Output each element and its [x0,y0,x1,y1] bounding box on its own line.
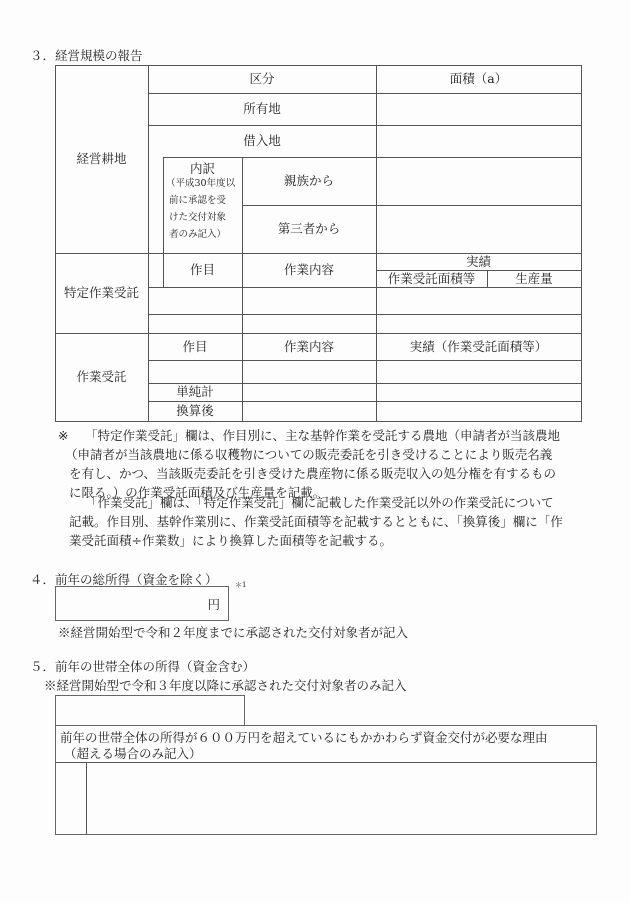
specific-row1-crop-input[interactable] [149,288,242,314]
simple-total-label: 単純計 [148,383,242,401]
section3-title: ３．経営規模の報告 [30,49,143,63]
section4-note: ※経営開始型で令和２年度までに承認された交付対象者が記入 [58,626,408,640]
leased-land-area-input[interactable] [377,126,581,157]
header-area: 面積（a） [376,65,581,93]
specific-row2-crop-input[interactable] [149,315,242,333]
results-header: 実績 [376,253,581,270]
specific-row1-results-input[interactable] [377,288,581,314]
from-third-party-area-input[interactable] [377,206,581,253]
specific-crop-header: 作目 [163,253,242,287]
converted-label: 換算後 [148,401,242,421]
contract-label: 作業受託 [55,333,148,421]
yen-unit: 円 [207,598,220,612]
contract-row1-crop-input[interactable] [149,361,242,383]
reason-input[interactable] [87,763,596,834]
owned-land-area-input[interactable] [377,94,581,125]
section5-title: ５．前年の世帯全体の所得（資金含む） [30,660,255,674]
contract-row1-work-input[interactable] [243,361,376,383]
contract-results-header: 実績（作業受託面積等） [376,333,581,360]
simple-total-work-input[interactable] [243,384,376,401]
contract-row1-results-input[interactable] [377,361,581,383]
footnote-mark: ＊1 [235,578,246,592]
leased-land-label: 借入地 [148,125,376,157]
header-category: 区分 [148,65,376,93]
specific-row2-work-input[interactable] [243,315,376,333]
total-income-field[interactable]: 円 [55,586,229,621]
farmland-label: 経営耕地 [55,65,148,253]
note-mark: ※ [58,426,68,446]
production-header: 生産量 [487,270,581,287]
from-relatives-label: 親族から [242,157,376,205]
contract-work-content-header: 作業内容 [242,333,376,360]
section5-note: ※経営開始型で令和３年度以降に承認された交付対象者のみ記入 [44,679,407,693]
specific-work-content-header: 作業内容 [242,253,376,287]
from-relatives-area-input[interactable] [377,158,581,205]
from-third-party-label: 第三者から [242,205,376,253]
specific-contract-label: 特定作業受託 [55,253,148,333]
section4-title: ４．前年の総所得（資金を除く） [30,573,218,587]
reason-box: 前年の世帯全体の所得が６００万円を超えているにもかかわらず資金交付が必要な理由 … [55,725,597,835]
contract-crop-header: 作目 [148,333,242,360]
household-income-field[interactable] [55,695,245,726]
simple-total-results-input[interactable] [377,384,581,401]
reason-label-line2: （超える場合のみ記入） [64,747,202,761]
breakdown-note: （平成30年度以 前に承認を受 けた交付対象 者のみ記入） [166,175,244,243]
contract-area-header: 作業受託面積等 [376,270,487,287]
converted-work-input[interactable] [243,402,376,421]
breakdown-label: 内訳 [163,162,242,176]
specific-row2-results-input[interactable] [377,315,581,333]
specific-row1-work-input[interactable] [243,288,376,314]
reason-label-line1: 前年の世帯全体の所得が６００万円を超えているにもかかわらず資金交付が必要な理由 [60,731,548,745]
converted-results-input[interactable] [377,402,581,421]
owned-land-label: 所有地 [148,93,376,125]
